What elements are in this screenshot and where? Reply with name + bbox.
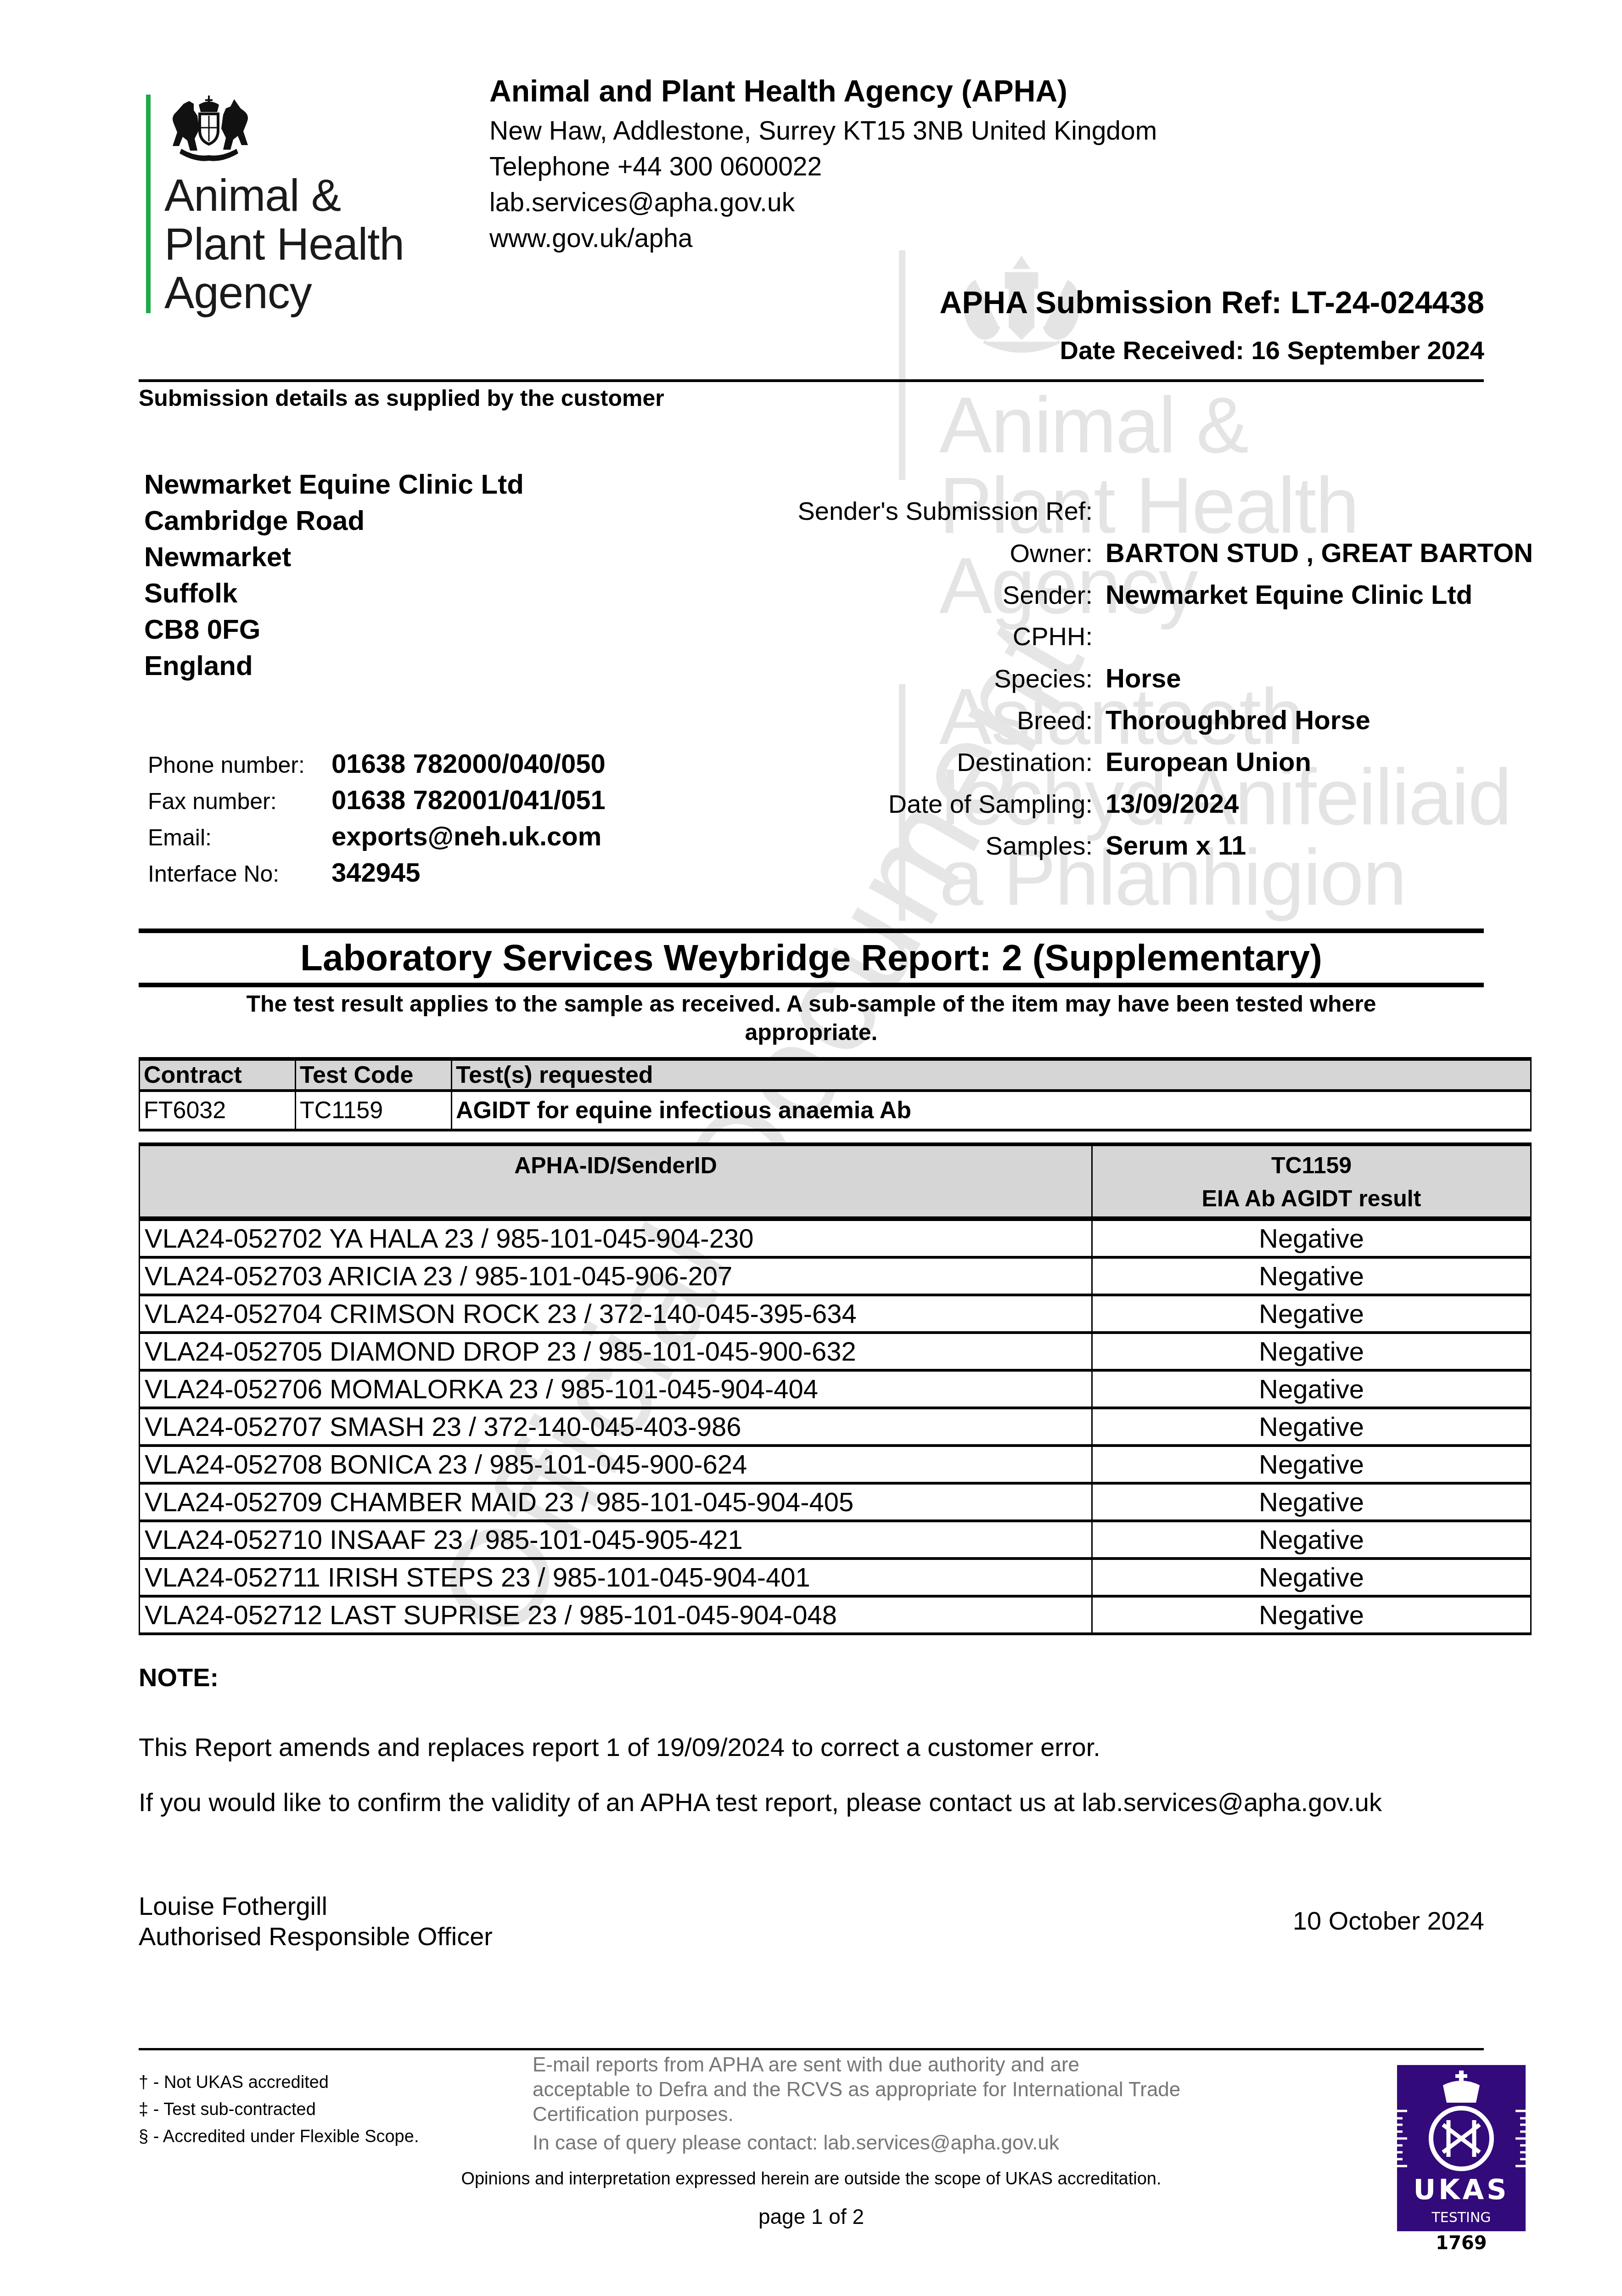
contact-row-phone: Phone number: 01638 782000/040/050 — [148, 748, 606, 785]
table-row: VLA24-052705 DIAMOND DROP 23 / 985-101-0… — [140, 1333, 1531, 1370]
table-header-row: Contract Test Code Test(s) requested — [140, 1059, 1531, 1091]
legend-item: § - Accredited under Flexible Scope. — [139, 2123, 419, 2150]
detail-row-date-sampling: Date of Sampling: 13/09/2024 — [689, 788, 1533, 830]
cell-sample-id: VLA24-052710 INSAAF 23 / 985-101-045-905… — [140, 1521, 1092, 1559]
address-line: CB8 0FG — [144, 611, 524, 647]
address-line: Cambridge Road — [144, 502, 524, 539]
ukas-crown-icon: UKAS TESTING — [1397, 2065, 1526, 2231]
royal-coat-of-arms-icon — [163, 95, 255, 163]
report-title: Laboratory Services Weybridge Report: 2 … — [139, 937, 1484, 979]
contact-value: 01638 782000/040/050 — [331, 748, 606, 779]
column-header-apha-id: APHA-ID/SenderID — [140, 1144, 1092, 1219]
opinions-disclaimer: Opinions and interpretation expressed he… — [139, 2169, 1484, 2189]
contact-value: 01638 782001/041/051 — [331, 785, 606, 816]
submission-details: Sender's Submission Ref: Owner: BARTON S… — [689, 496, 1533, 872]
cell-result: Negative — [1092, 1370, 1531, 1408]
table-row: VLA24-052707 SMASH 23 / 372-140-045-403-… — [140, 1408, 1531, 1446]
detail-label: Owner: — [689, 538, 1093, 568]
cell-sample-id: VLA24-052711 IRISH STEPS 23 / 985-101-04… — [140, 1559, 1092, 1596]
logo-accent-bar — [146, 95, 151, 313]
detail-label: Sender's Submission Ref: — [689, 496, 1093, 526]
table-row: VLA24-052711 IRISH STEPS 23 / 985-101-04… — [140, 1559, 1531, 1596]
cell-result: Negative — [1092, 1333, 1531, 1370]
ukas-title: UKAS — [1414, 2174, 1510, 2206]
detail-row-samples: Samples: Serum x 11 — [689, 830, 1533, 872]
address-line: Newmarket — [144, 539, 524, 575]
table-row: FT6032 TC1159 AGIDT for equine infectiou… — [140, 1091, 1531, 1130]
table-row: VLA24-052709 CHAMBER MAID 23 / 985-101-0… — [140, 1483, 1531, 1521]
cell-sample-id: VLA24-052703 ARICIA 23 / 985-101-045-906… — [140, 1257, 1092, 1295]
header-text: APHA-ID/SenderID — [514, 1153, 717, 1178]
header-test-code: TC1159 — [1093, 1149, 1530, 1182]
column-header-contract: Contract — [140, 1059, 296, 1091]
agency-address: New Haw, Addlestone, Surrey KT15 3NB Uni… — [489, 116, 1157, 146]
cell-contract: FT6032 — [140, 1091, 296, 1130]
contact-value: 342945 — [331, 857, 421, 888]
disclaimer-line: The test result applies to the sample as… — [139, 990, 1484, 1018]
note-label: NOTE: — [139, 1662, 219, 1692]
detail-value: Newmarket Equine Clinic Ltd — [1093, 580, 1472, 610]
signatory: Louise Fothergill Authorised Responsible… — [139, 1891, 493, 1952]
detail-row-sender-ref: Sender's Submission Ref: — [689, 496, 1533, 538]
detail-value: 13/09/2024 — [1093, 788, 1239, 819]
disclaimer-line: appropriate. — [139, 1018, 1484, 1047]
cell-sample-id: VLA24-052708 BONICA 23 / 985-101-045-900… — [140, 1446, 1092, 1483]
results-table: APHA-ID/SenderID TC1159 EIA Ab AGIDT res… — [139, 1142, 1532, 1635]
table-row: VLA24-052703 ARICIA 23 / 985-101-045-906… — [140, 1257, 1531, 1295]
cell-test-code: TC1159 — [296, 1091, 452, 1130]
contact-label: Email: — [148, 824, 331, 851]
contact-label: Interface No: — [148, 861, 331, 887]
cell-sample-id: VLA24-052704 CRIMSON ROCK 23 / 372-140-0… — [140, 1295, 1092, 1333]
submission-details-label: Submission details as supplied by the cu… — [139, 385, 664, 411]
detail-label: Date of Sampling: — [689, 789, 1093, 819]
detail-row-owner: Owner: BARTON STUD , GREAT BARTON — [689, 538, 1533, 580]
address-line: Suffolk — [144, 575, 524, 611]
note-validity: If you would like to confirm the validit… — [139, 1787, 1382, 1817]
agency-website-link[interactable]: www.gov.uk/apha — [489, 223, 693, 253]
cell-result: Negative — [1092, 1559, 1531, 1596]
title-divider-bottom — [139, 983, 1484, 987]
column-header-tests-requested: Test(s) requested — [452, 1059, 1531, 1091]
query-contact-note: In case of query please contact: lab.ser… — [533, 2132, 1059, 2155]
contact-row-interface: Interface No: 342945 — [148, 857, 606, 894]
table-header-row: APHA-ID/SenderID TC1159 EIA Ab AGIDT res… — [140, 1144, 1531, 1219]
detail-row-sender: Sender: Newmarket Equine Clinic Ltd — [689, 580, 1533, 621]
email-note-line: E-mail reports from APHA are sent with d… — [533, 2053, 1180, 2077]
address-line: England — [144, 647, 524, 684]
cell-sample-id: VLA24-052706 MOMALORKA 23 / 985-101-045-… — [140, 1370, 1092, 1408]
address-line: Newmarket Equine Clinic Ltd — [144, 466, 524, 502]
email-authority-note: E-mail reports from APHA are sent with d… — [533, 2053, 1180, 2127]
agency-name: Animal and Plant Health Agency (APHA) — [489, 73, 1067, 108]
tests-requested-table: Contract Test Code Test(s) requested FT6… — [139, 1057, 1532, 1131]
detail-label: Breed: — [689, 705, 1093, 735]
detail-label: Samples: — [689, 831, 1093, 861]
detail-value: Thoroughbred Horse — [1093, 705, 1370, 736]
legend-item: ‡ - Test sub-contracted — [139, 2096, 419, 2123]
footer-divider — [139, 2048, 1484, 2050]
signatory-name: Louise Fothergill — [139, 1891, 493, 1921]
cell-sample-id: VLA24-052707 SMASH 23 / 372-140-045-403-… — [140, 1408, 1092, 1446]
watermark-bar-top — [899, 250, 905, 480]
contact-value[interactable]: exports@neh.uk.com — [331, 821, 601, 852]
cell-result: Negative — [1092, 1483, 1531, 1521]
cell-result: Negative — [1092, 1295, 1531, 1333]
logo-line-3: Agency — [164, 268, 404, 317]
header-divider — [139, 379, 1484, 382]
legend-item: † - Not UKAS accredited — [139, 2069, 419, 2096]
submission-ref: APHA Submission Ref: LT-24-024438 — [939, 285, 1484, 321]
agency-telephone: Telephone +44 300 0600022 — [489, 152, 822, 182]
cell-sample-id: VLA24-052702 YA HALA 23 / 985-101-045-90… — [140, 1219, 1092, 1257]
report-disclaimer: The test result applies to the sample as… — [139, 990, 1484, 1047]
contact-label: Fax number: — [148, 788, 331, 815]
accreditation-legend: † - Not UKAS accredited ‡ - Test sub-con… — [139, 2069, 419, 2150]
detail-row-destination: Destination: European Union — [689, 747, 1533, 788]
page-number: page 1 of 2 — [139, 2204, 1484, 2229]
contact-label: Phone number: — [148, 752, 331, 778]
detail-label: Sender: — [689, 580, 1093, 610]
table-row: VLA24-052708 BONICA 23 / 985-101-045-900… — [140, 1446, 1531, 1483]
cell-sample-id: VLA24-052705 DIAMOND DROP 23 / 985-101-0… — [140, 1333, 1092, 1370]
table-row: VLA24-052710 INSAAF 23 / 985-101-045-905… — [140, 1521, 1531, 1559]
cell-sample-id: VLA24-052709 CHAMBER MAID 23 / 985-101-0… — [140, 1483, 1092, 1521]
logo-line-2: Plant Health — [164, 219, 404, 268]
cell-test-requested: AGIDT for equine infectious anaemia Ab — [452, 1091, 1531, 1130]
cell-result: Negative — [1092, 1596, 1531, 1634]
detail-label: CPHH: — [689, 621, 1093, 651]
detail-label: Species: — [689, 664, 1093, 693]
contact-row-fax: Fax number: 01638 782001/041/051 — [148, 785, 606, 821]
cell-result: Negative — [1092, 1219, 1531, 1257]
cell-result: Negative — [1092, 1257, 1531, 1295]
signatory-title: Authorised Responsible Officer — [139, 1921, 493, 1952]
header-result-name: EIA Ab AGIDT result — [1093, 1182, 1530, 1215]
ukas-accreditation-number: 1769 — [1397, 2233, 1526, 2254]
detail-label: Destination: — [689, 747, 1093, 777]
detail-row-breed: Breed: Thoroughbred Horse — [689, 705, 1533, 747]
table-row: VLA24-052706 MOMALORKA 23 / 985-101-045-… — [140, 1370, 1531, 1408]
detail-row-species: Species: Horse — [689, 663, 1533, 705]
column-header-test-code: Test Code — [296, 1059, 452, 1091]
detail-value: Horse — [1093, 663, 1181, 694]
detail-value: Serum x 11 — [1093, 830, 1246, 861]
table-row: VLA24-052702 YA HALA 23 / 985-101-045-90… — [140, 1219, 1531, 1257]
logo-line-1: Animal & — [164, 171, 404, 219]
table-row: VLA24-052704 CRIMSON ROCK 23 / 372-140-0… — [140, 1295, 1531, 1333]
date-received: Date Received: 16 September 2024 — [1060, 335, 1485, 365]
email-note-line: Certification purposes. — [533, 2102, 1180, 2127]
email-note-line: acceptable to Defra and the RCVS as appr… — [533, 2077, 1180, 2102]
cell-result: Negative — [1092, 1521, 1531, 1559]
customer-address: Newmarket Equine Clinic Ltd Cambridge Ro… — [144, 466, 524, 684]
detail-row-cphh: CPHH: — [689, 621, 1533, 663]
agency-email-link[interactable]: lab.services@apha.gov.uk — [489, 187, 795, 218]
cell-sample-id: VLA24-052712 LAST SUPRISE 23 / 985-101-0… — [140, 1596, 1092, 1634]
column-header-result: TC1159 EIA Ab AGIDT result — [1092, 1144, 1531, 1219]
cell-result: Negative — [1092, 1408, 1531, 1446]
note-amendment: This Report amends and replaces report 1… — [139, 1732, 1100, 1762]
title-divider-top — [139, 929, 1484, 933]
ukas-subtitle: TESTING — [1431, 2210, 1491, 2226]
ukas-testing-logo: UKAS TESTING — [1397, 2065, 1526, 2231]
report-date: 10 October 2024 — [1293, 1906, 1484, 1936]
detail-value: European Union — [1093, 747, 1311, 777]
detail-value: BARTON STUD , GREAT BARTON — [1093, 538, 1533, 568]
watermark-line-1: Animal & — [939, 386, 1248, 465]
agency-logo-text: Animal & Plant Health Agency — [164, 171, 404, 317]
cell-result: Negative — [1092, 1446, 1531, 1483]
table-row: VLA24-052712 LAST SUPRISE 23 / 985-101-0… — [140, 1596, 1531, 1634]
customer-contact: Phone number: 01638 782000/040/050 Fax n… — [148, 748, 606, 894]
contact-row-email: Email: exports@neh.uk.com — [148, 821, 606, 857]
